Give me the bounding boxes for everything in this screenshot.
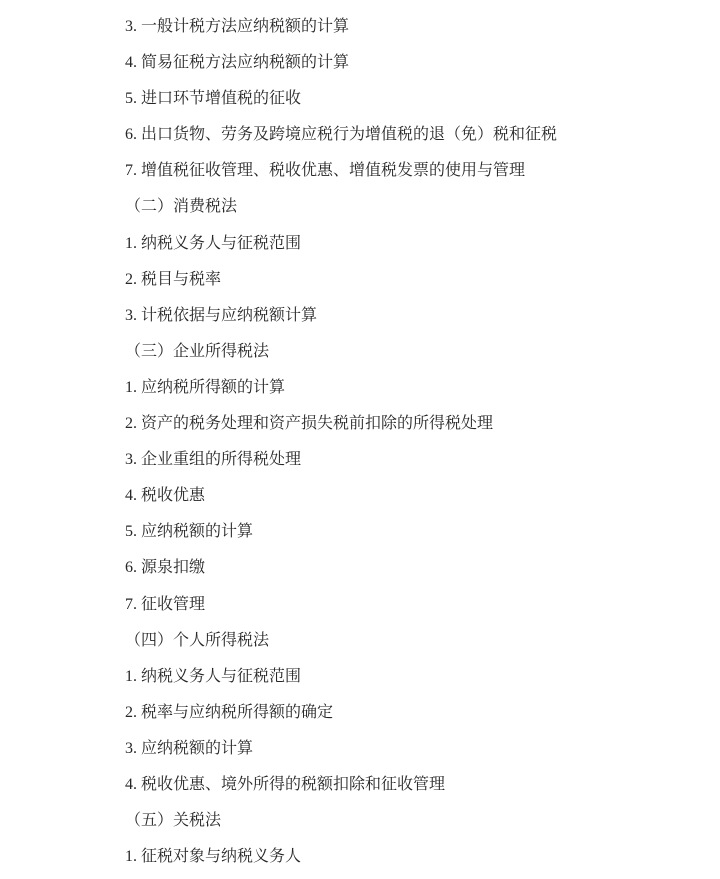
document-line: 7. 征收管理 (125, 587, 690, 623)
document-line: 1. 应纳税所得额的计算 (125, 370, 690, 406)
document-line: 1. 纳税义务人与征税范围 (125, 226, 690, 262)
document-section-heading: （五）关税法 (125, 803, 690, 839)
document-line: 6. 源泉扣缴 (125, 550, 690, 586)
document-section-heading: （二）消费税法 (125, 189, 690, 225)
document-line: 5. 应纳税额的计算 (125, 514, 690, 550)
document-section-heading: （四）个人所得税法 (125, 623, 690, 659)
document-line: 1. 纳税义务人与征税范围 (125, 659, 690, 695)
document-section-heading: （三）企业所得税法 (125, 334, 690, 370)
document-line: 5. 进口环节增值税的征收 (125, 81, 690, 117)
document-line: 4. 税收优惠 (125, 478, 690, 514)
document-line: 2. 税率与应纳税所得额的确定 (125, 695, 690, 731)
document-line: 3. 应纳税额的计算 (125, 731, 690, 767)
document-line: 2. 税目与税率 (125, 262, 690, 298)
document-line: 4. 简易征税方法应纳税额的计算 (125, 45, 690, 81)
document-line: 1. 征税对象与纳税义务人 (125, 839, 690, 875)
document-page: 3. 一般计税方法应纳税额的计算 4. 简易征税方法应纳税额的计算 5. 进口环… (0, 0, 720, 879)
document-line: 2. 资产的税务处理和资产损失税前扣除的所得税处理 (125, 406, 690, 442)
document-line: 3. 企业重组的所得税处理 (125, 442, 690, 478)
document-line: 3. 计税依据与应纳税额计算 (125, 298, 690, 334)
document-line: 6. 出口货物、劳务及跨境应税行为增值税的退（免）税和征税 (125, 117, 690, 153)
document-line: 4. 税收优惠、境外所得的税额扣除和征收管理 (125, 767, 690, 803)
document-line: 3. 一般计税方法应纳税额的计算 (125, 9, 690, 45)
document-line: 7. 增值税征收管理、税收优惠、增值税发票的使用与管理 (125, 153, 690, 189)
